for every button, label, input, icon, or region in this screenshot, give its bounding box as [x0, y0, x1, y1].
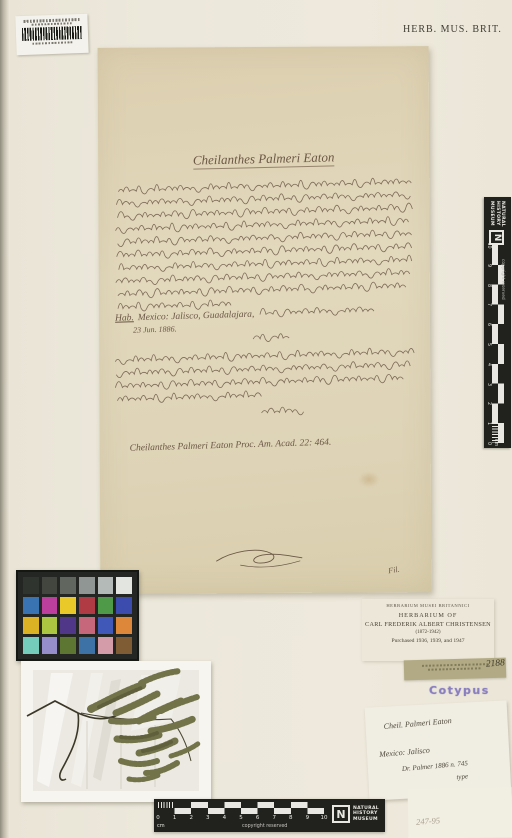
- ruler-number: 10: [486, 242, 491, 249]
- pencil-annotation: 247-95: [416, 815, 441, 827]
- color-swatch: [116, 577, 132, 594]
- hab-text: Mexico: Jalisco, Guadalajara,: [138, 310, 255, 323]
- ruler-number: 6: [252, 815, 264, 821]
- color-calibration-chart: [16, 570, 139, 661]
- handwritten-line: [115, 387, 265, 405]
- determination-label: Cheil. Palmeri Eaton Mexico: Jalisco Dr.…: [365, 700, 512, 800]
- citation-line: Cheilanthes Palmeri Eaton Proc. Am. Acad…: [130, 438, 332, 454]
- cotypus-stamp: Cotypus: [429, 684, 490, 697]
- copyright-text: copyright reserved: [500, 259, 505, 300]
- color-swatch: [116, 617, 132, 634]
- ruler-number: 2: [185, 815, 197, 821]
- color-swatch: [116, 597, 132, 614]
- color-swatch: [42, 637, 58, 654]
- handwritten-document: Cheilanthes Palmeri Eaton Hab. Mexico: J…: [98, 46, 432, 594]
- color-swatch: [42, 617, 58, 634]
- document-title: Cheilanthes Palmeri Eaton: [98, 147, 429, 171]
- label-line: (1872-1942): [362, 630, 494, 635]
- cm-unit-label: cm: [493, 439, 498, 446]
- ruler-number: 0: [152, 815, 164, 821]
- herbarium-sheet-scan: { "page": { "herb_stamp": "HERB. MUS. BR…: [0, 0, 512, 838]
- ruler-number: 8: [486, 282, 491, 289]
- label-line: Purchased 1936, 1939, and 1947: [362, 638, 494, 644]
- ruler-number: 9: [301, 815, 313, 821]
- cm-blocks: [492, 245, 498, 443]
- ruler-number: 1: [486, 420, 491, 427]
- mm-hatch: [158, 802, 175, 808]
- nhm-wordmark: NATURAL HISTORY MUSEUM: [489, 201, 506, 227]
- ruler-number: 1: [169, 815, 181, 821]
- color-swatch: [60, 637, 76, 654]
- ruler-number: 8: [285, 815, 297, 821]
- copyright-text: copyright reserved: [242, 824, 287, 829]
- ruler-number: 0: [486, 440, 491, 447]
- color-swatch: [98, 617, 114, 634]
- ruler-number: 5: [235, 815, 247, 821]
- color-swatch: [42, 577, 58, 594]
- ruler-number: 3: [202, 815, 214, 821]
- ruler-number: 4: [486, 361, 491, 368]
- vertical-scale-bar: NATURAL HISTORY MUSEUM N 012345678910 cm…: [484, 197, 511, 448]
- nhm-logo: N NATURAL HISTORY MUSEUM: [332, 805, 379, 823]
- barcode-label: [15, 14, 88, 55]
- ruler-number: 7: [268, 815, 280, 821]
- color-swatch: [23, 577, 39, 594]
- barcode-number-microtext: [32, 41, 72, 45]
- color-swatch: [23, 597, 39, 614]
- nhm-wordmark: NATURAL HISTORY MUSEUM: [353, 806, 379, 823]
- nhm-logo: NATURAL HISTORY MUSEUM N: [486, 199, 508, 247]
- color-swatch: [116, 637, 132, 654]
- ruler-number: 2: [486, 400, 491, 407]
- stamp-microtext: [428, 667, 482, 671]
- paper-stain: [358, 471, 380, 487]
- ruler-number: 10: [318, 815, 330, 821]
- color-swatch: [42, 597, 58, 614]
- label-line: CARL FREDERIK ALBERT CHRISTENSEN: [362, 621, 494, 628]
- fern-specimen-image: [21, 661, 211, 802]
- label-line: HERBARIUM OF: [362, 612, 494, 619]
- scan-edge-shadow: [0, 0, 10, 838]
- date-text: 23 Jun. 1886.: [133, 324, 177, 334]
- handwritten-dash: [259, 403, 305, 418]
- barcode-microtext: [32, 22, 72, 26]
- color-swatch: [23, 637, 39, 654]
- fern-specimen-panel: [21, 661, 211, 802]
- color-swatch: [98, 637, 114, 654]
- color-swatch: [79, 597, 95, 614]
- det-line: type: [456, 772, 468, 781]
- det-line: Mexico: Jalisco: [379, 746, 430, 759]
- color-swatch: [60, 577, 76, 594]
- handwritten-dash: [251, 329, 291, 344]
- hab-label: Hab.: [115, 313, 134, 324]
- corner-mark: Fil.: [388, 565, 401, 576]
- color-swatch: [60, 617, 76, 634]
- det-line: Dr. Palmer 1886 n. 745: [402, 759, 469, 773]
- color-swatch: [60, 597, 76, 614]
- date-line: 23 Jun. 1886.: [133, 324, 177, 334]
- cm-unit-label: cm: [157, 823, 165, 829]
- herb-mus-brit-stamp: HERB. MUS. BRIT.: [403, 24, 502, 35]
- color-swatch: [23, 617, 39, 634]
- color-swatch: [79, 577, 95, 594]
- nhm-n-icon: N: [490, 230, 505, 245]
- ruler-number: 4: [218, 815, 230, 821]
- color-swatch: [79, 637, 95, 654]
- barcode-icon: [22, 26, 82, 41]
- label-heading: HERBARIUM MUSEI BRITANNICI: [362, 603, 494, 608]
- christensen-herbarium-label: HERBARIUM MUSEI BRITANNICI HERBARIUM OF …: [362, 599, 494, 661]
- horizontal-scale-bar: 012345678910 cm copyright reserved N NAT…: [154, 799, 385, 832]
- ruler-number: 9: [486, 262, 491, 269]
- corner-sheet: [408, 787, 512, 838]
- color-swatch: [98, 597, 114, 614]
- accession-number: 2188: [486, 658, 506, 669]
- ruler-number: 3: [486, 381, 491, 388]
- ink-flourish: [212, 545, 310, 572]
- citation-text: Cheilanthes Palmeri Eaton Proc. Am. Acad…: [130, 438, 332, 454]
- ruler-number: 7: [486, 301, 491, 308]
- accession-stamp: 2188: [404, 658, 506, 681]
- det-line: Cheil. Palmeri Eaton: [383, 716, 452, 731]
- color-swatch: [79, 617, 95, 634]
- color-swatch: [98, 577, 114, 594]
- cm-blocks: [158, 808, 324, 814]
- ruler-number: 5: [486, 341, 491, 348]
- ruler-number: 6: [486, 321, 491, 328]
- cm-blocks: [158, 802, 324, 808]
- nhm-n-icon: N: [332, 805, 350, 823]
